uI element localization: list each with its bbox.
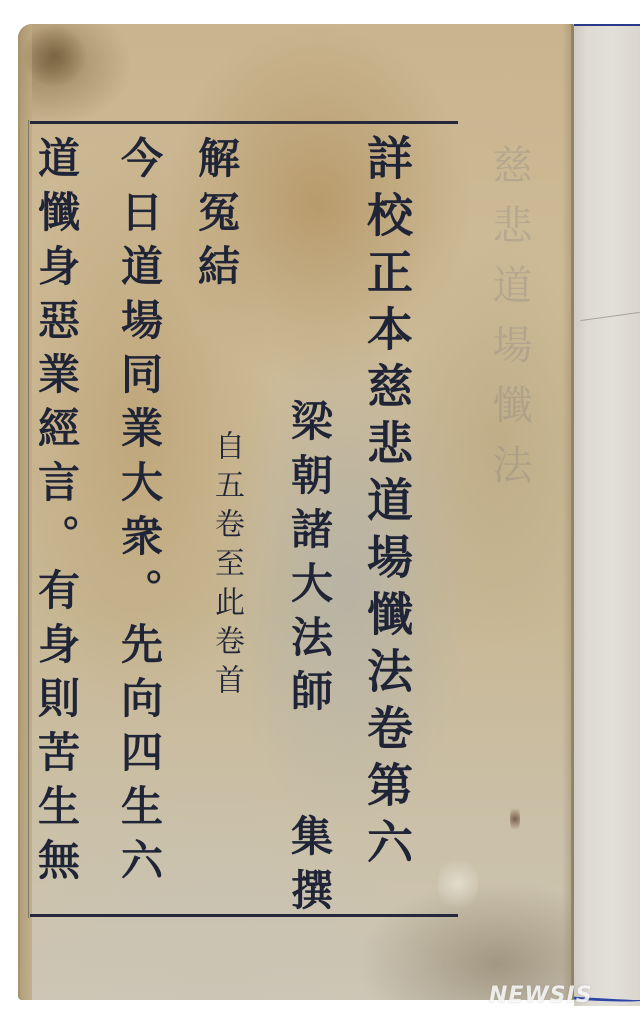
photo-stage: 慈悲道場懺法 詳校正本慈悲道場懺法卷第六 梁朝諸大法師 集撰 自五卷至此卷首 解… [0,0,640,1022]
author-column: 梁朝諸大法師 [288,399,330,723]
annotation-column: 自五卷至此卷首 [211,430,241,703]
section-heading-column: 解冤結 [195,136,237,298]
page-spine-edge [18,24,32,1000]
page-fold-edge [562,24,574,1000]
frame-bottom-rule [30,914,458,917]
frame-top-rule [30,121,458,124]
worn-corner [20,26,90,86]
title-column: 詳校正本慈悲道場懺法卷第六 [364,134,410,875]
paper-crease [580,312,640,321]
body-text-column-1: 今日道場同業大衆。先向四生六 [118,136,160,892]
newsis-watermark: NEWSIS [489,983,593,1008]
facing-blank-leaf [574,24,640,1006]
show-through-text: 慈悲道場懺法 [458,144,538,904]
frame-left-rule [28,120,29,918]
body-text-column-2: 道懺身惡業經言。有身則苦生無 [35,136,77,892]
scripture-page: 慈悲道場懺法 詳校正本慈悲道場懺法卷第六 梁朝諸大法師 集撰 自五卷至此卷首 解… [18,24,574,1000]
compiled-by-column: 集撰 [288,814,330,922]
